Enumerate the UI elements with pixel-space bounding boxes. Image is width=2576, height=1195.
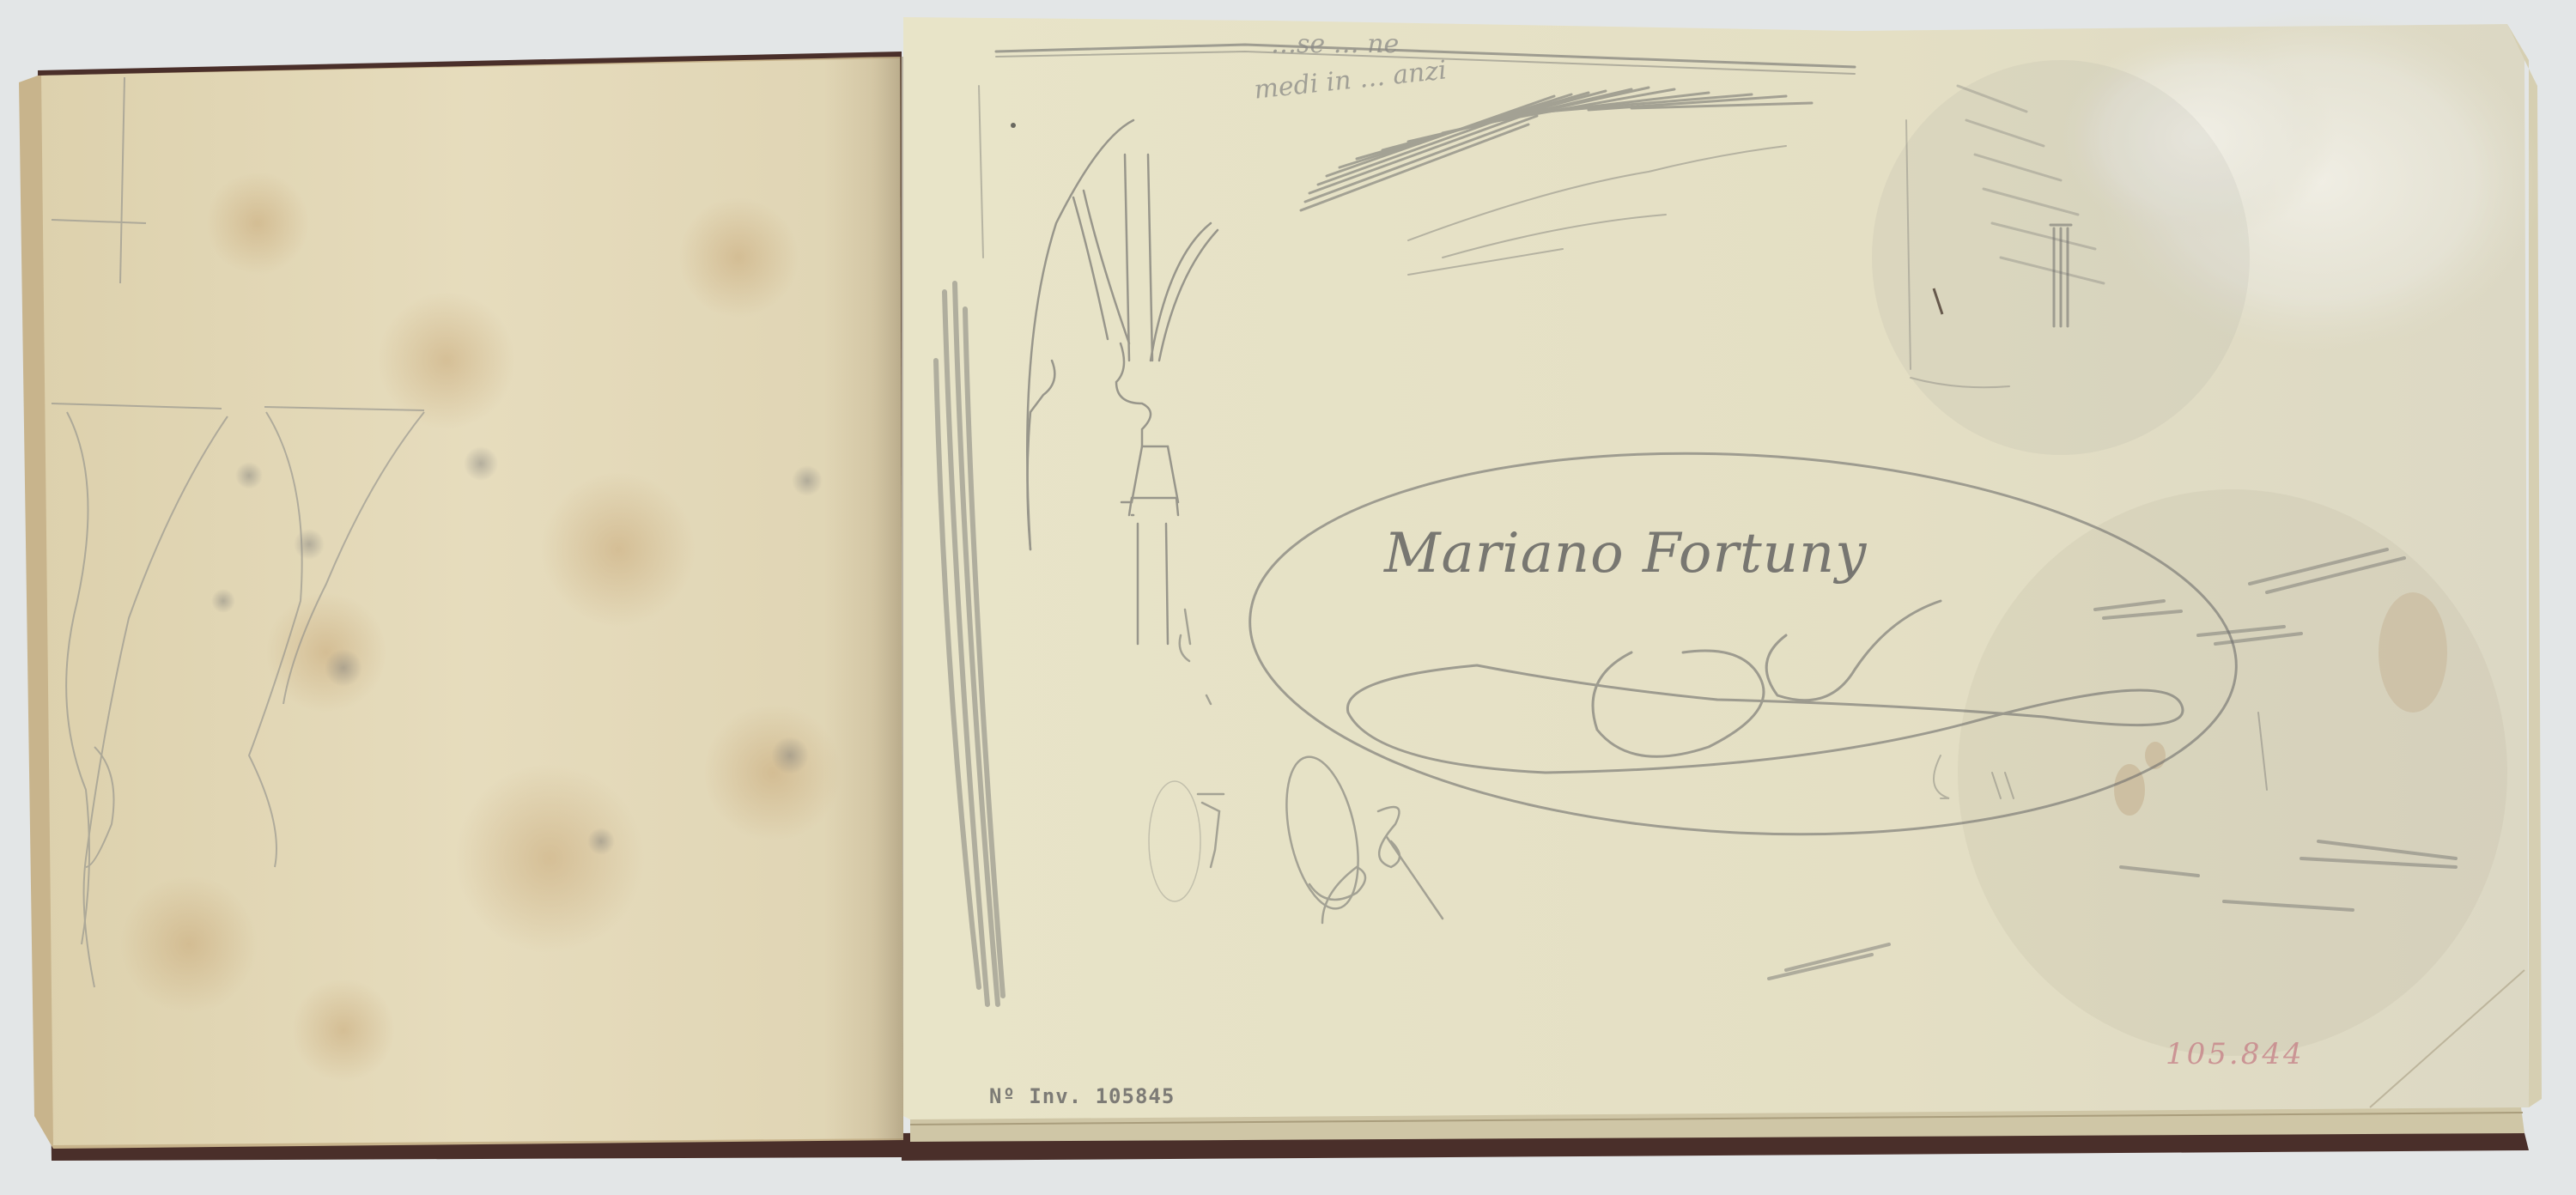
gutter-shadow	[824, 57, 903, 1140]
pilaster-sketch	[2050, 225, 2071, 326]
top-handwritten-note-1: …se … ne	[1271, 29, 1399, 59]
signature: Mariano Fortuny	[1384, 522, 1867, 585]
sketchbook-scan	[0, 0, 2576, 1195]
inventory-stamp: Nº Inv. 105845	[989, 1084, 1175, 1108]
left-page	[19, 57, 903, 1149]
red-pencil-number: 105.844	[2166, 1037, 2305, 1071]
